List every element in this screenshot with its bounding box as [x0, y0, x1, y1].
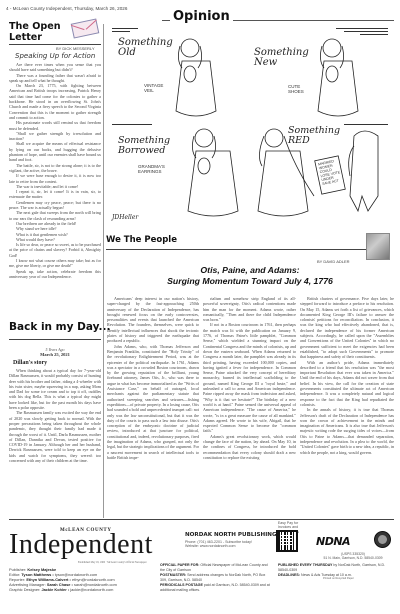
recycled-note: Printed on Recycled Paper	[323, 577, 354, 580]
paragraph: I know not what course others may take; …	[9, 258, 101, 269]
panel-title: Something New	[254, 48, 310, 68]
section-title: Opinion	[170, 9, 233, 24]
paragraph: The next gale that sweeps from the north…	[9, 210, 101, 221]
paragraph: British charters of governance. Five day…	[300, 296, 394, 360]
open-letter-body: Are there ever times when you sense that…	[9, 62, 101, 312]
panel-note: VINTAGE VEIL	[144, 83, 170, 93]
divider	[9, 44, 101, 45]
panel-title: Something Old	[118, 38, 172, 58]
panel-note: CUTE SHOES	[288, 84, 312, 94]
label: PERIODICALS POSTAGE	[160, 583, 203, 587]
open-letter-title: The Open Letter	[9, 22, 69, 43]
publication-info: PUBLISHED EVERY THURSDAY by NorDak North…	[278, 563, 396, 578]
website: Website: www.nordaknorth.com	[185, 544, 252, 548]
paragraph: In the annals of history, it is true tha…	[300, 407, 394, 455]
paragraph: If we were base enough to desire it, it …	[9, 173, 101, 184]
paragraph: Gentlemen may cry peace, peace; but ther…	[9, 200, 101, 211]
open-letter-headline: Speaking Up for Action	[15, 52, 95, 60]
qr-code-icon[interactable]	[276, 530, 298, 552]
paragraph: With an author's pride, Adams immediatel…	[300, 360, 394, 408]
panel-title: Something RED	[288, 126, 350, 146]
paragraph: Adams's great revolutionary work, which …	[203, 434, 296, 460]
paragraph: I repeat it, sir, let it come! It is in …	[9, 189, 101, 200]
paragraph: If not in a Boston courtroom in 1761, th…	[203, 322, 296, 433]
paragraph: There was a founding father that wasn't …	[9, 73, 101, 84]
paragraph: Are there ever times when you sense that…	[9, 62, 101, 73]
publisher-name: NORDAK NORTH PUBLISHING	[185, 532, 277, 538]
years-ago-date: March 25, 2021	[9, 352, 101, 357]
we-the-people-title: We The People	[106, 235, 177, 245]
paragraph: Speak up, take action, celebrate freedom…	[9, 269, 101, 280]
paragraph: On March 23, 1775, with fighting between…	[9, 83, 101, 120]
paragraph: Is life so dear, or peace so sweet, as t…	[9, 242, 101, 258]
publisher-contact: Phone: (701) 463-2201 - Subscribe today!…	[185, 540, 252, 549]
panel-note: GRANDMA'S EARRINGS	[138, 164, 174, 174]
paragraph: His passionate words still remind us tha…	[9, 120, 101, 131]
paragraph: When thinking about a typical day for 7-…	[9, 368, 101, 410]
page-folio: 4 - McLean County Independent, Thursday,…	[6, 6, 127, 11]
panel-title: Something Borrowed	[118, 136, 182, 156]
sign-text: MARRIED WOMEN COULD LOSE VOTE UNDER SAVE…	[318, 158, 345, 186]
label: POSTMASTER:	[160, 573, 186, 577]
article-column-1: Americans' deep interest in our nation's…	[107, 296, 199, 492]
author-photo	[366, 233, 390, 260]
divider	[106, 249, 366, 250]
state-seal-icon	[374, 531, 391, 548]
back-in-my-day-body: When thinking about a typical day for 7-…	[9, 368, 101, 518]
ndna-logo: NDNA	[316, 535, 350, 548]
headline-line-2: Surging Momentum Toward July 4, 1776	[106, 276, 394, 287]
paragraph: Shall we acquire the means of effectual …	[9, 141, 101, 162]
editorial-cartoon: Something Old VINTAGE VEIL Something New…	[104, 26, 394, 258]
usps-info: (USPS 335320) 51 N. Main, Garrison, N.D.…	[312, 552, 394, 560]
paragraph: John Adams, who, with Thomas Jefferson a…	[107, 344, 199, 461]
masthead-rule	[9, 519, 394, 520]
story-title: Dillan's story	[13, 360, 47, 366]
official-info: OFFICIAL PAPER FOR: Official Newspaper o…	[160, 563, 272, 593]
staff-row: Graphic Designer: Jackie Kohler • jackie…	[9, 587, 117, 592]
staff-list: Publisher: Kelsey Majeske Editor: Tyson …	[9, 567, 117, 592]
paragraph: rialism and somehow strip England of its…	[203, 296, 296, 322]
paragraph: The battle, sir, is not to the strong al…	[9, 163, 101, 174]
paragraph: The Rasmussen family was excited the way…	[9, 410, 101, 463]
paragraph: "Shall we gather strength by irresolutio…	[9, 131, 101, 142]
label: DEADLINES:	[278, 573, 300, 577]
address: 51 N. Main, Garrison, N.D. 58540-0309	[312, 556, 394, 560]
masthead-title: Independent	[9, 531, 153, 559]
headline-line-1: Otis, Paine, and Adams:	[106, 265, 394, 276]
article-headline: Otis, Paine, and Adams: Surging Momentum…	[106, 265, 394, 287]
masthead-established: Established May 18, 1900 · McLean County…	[78, 561, 147, 564]
paragraph: Americans' deep interest in our nation's…	[107, 296, 199, 344]
byline: BY DICK MESSERLY	[56, 46, 95, 51]
label: OFFICIAL PAPER FOR:	[160, 563, 199, 567]
cartoonist-signature: JDHeller	[112, 214, 138, 221]
divider	[9, 339, 101, 340]
article-column-3: British charters of governance. Five day…	[300, 296, 394, 474]
label: PUBLISHED EVERY THURSDAY	[278, 563, 332, 567]
byline: BY DAVID ADLER	[317, 259, 350, 264]
envelope-icon	[71, 18, 100, 38]
back-in-my-day-title: Back in my Day...	[9, 321, 110, 333]
article-column-2: rialism and somehow strip England of its…	[203, 296, 296, 486]
